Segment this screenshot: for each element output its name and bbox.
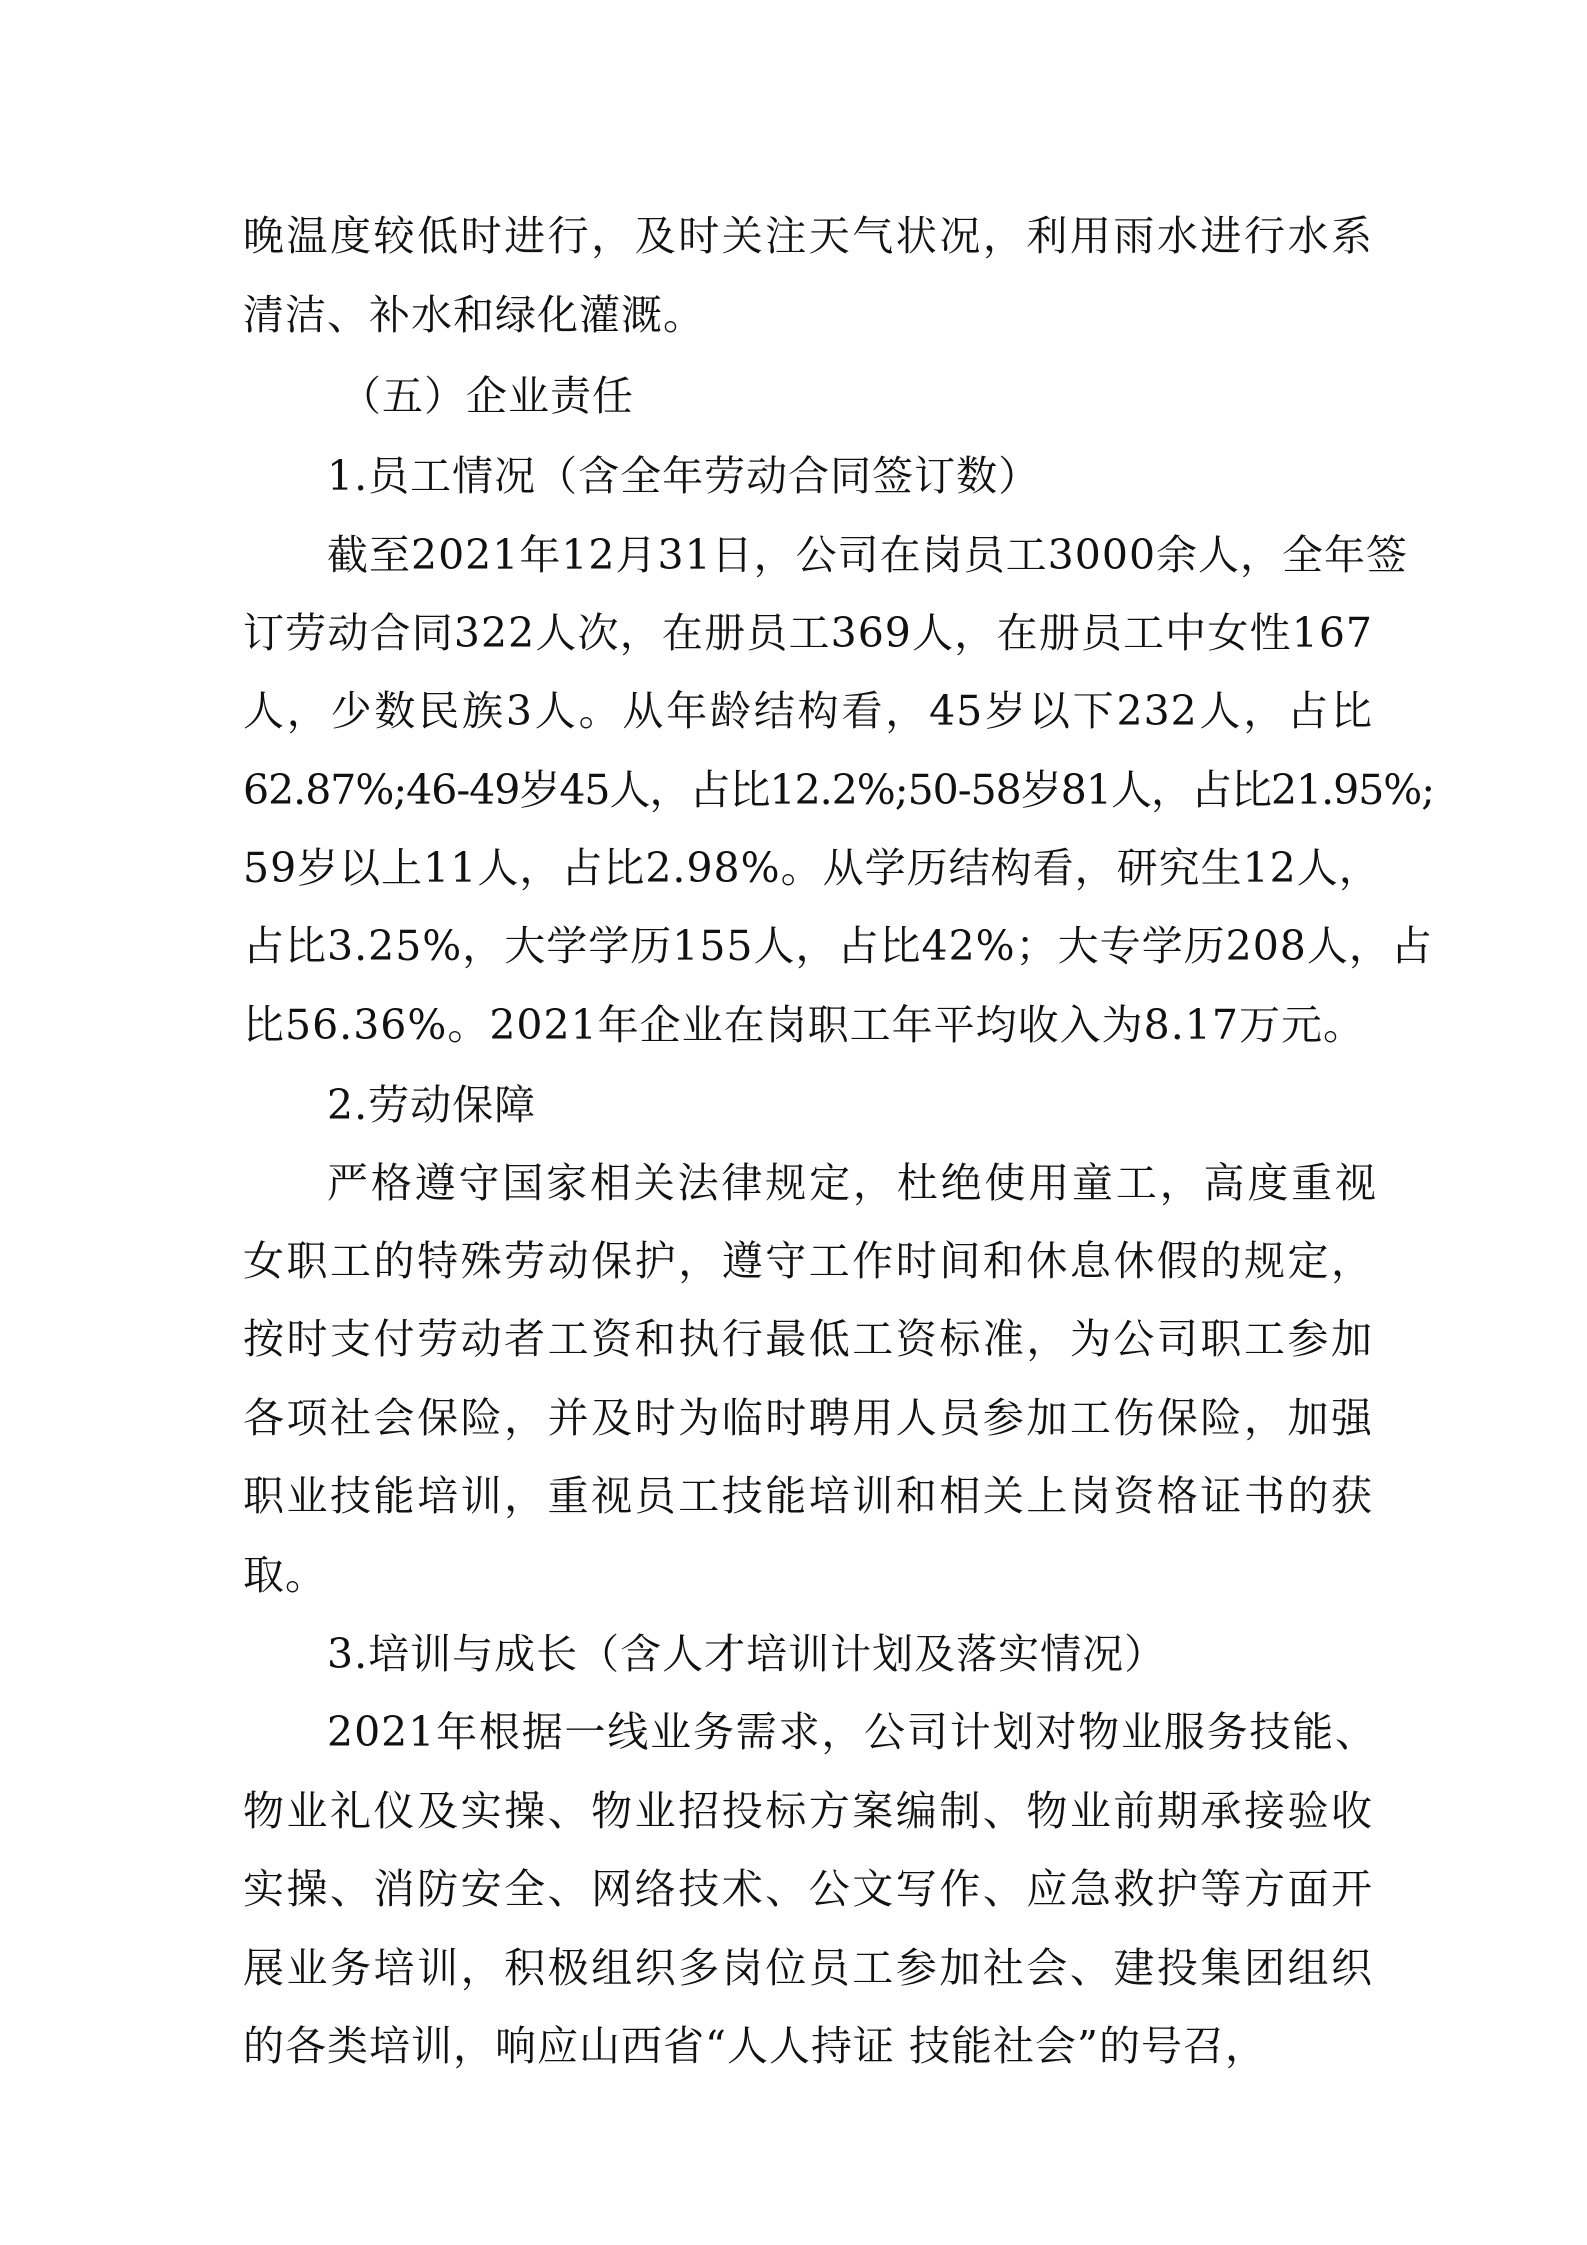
body-line: 59岁以上11人，占比2.98%。从学历结构看，研究生12人， [243, 838, 1373, 898]
body-line: 取。 [243, 1545, 1373, 1605]
body-line: 的各类培训，响应山西省“人人持证 技能社会”的号召， [243, 2016, 1373, 2076]
subheading-training-growth: 3.培训与成长（含人才培训计划及落实情况） [327, 1624, 1377, 1684]
body-line: 实操、消防安全、网络技术、公文写作、应急救护等方面开 [243, 1859, 1373, 1919]
body-line: 按时支付劳动者工资和执行最低工资标准，为公司职工参加 [243, 1309, 1373, 1369]
body-line: 占比3.25%，大学学历155人，占比42%；大专学历208人，占 [243, 916, 1373, 976]
paragraph-start-line: 截至2021年12月31日，公司在岗员工3000余人，全年签 [327, 525, 1377, 585]
body-line: 展业务培训，积极组织多岗位员工参加社会、建投集团组织 [243, 1938, 1373, 1998]
body-line: 订劳动合同322人次，在册员工369人，在册员工中女性167 [243, 603, 1373, 663]
subheading-labor-protection: 2.劳动保障 [327, 1075, 1377, 1135]
paragraph-start-line: 严格遵守国家相关法律规定，杜绝使用童工，高度重视 [327, 1153, 1377, 1213]
document-page: 晚温度较低时进行，及时关注天气状况，利用雨水进行水系 清洁、补水和绿化灌溉。 （… [0, 0, 1587, 2245]
body-line: 物业礼仪及实操、物业招投标方案编制、物业前期承接验收 [243, 1781, 1373, 1841]
body-line: 职业技能培训，重视员工技能培训和相关上岗资格证书的获 [243, 1466, 1373, 1526]
body-line: 晚温度较低时进行，及时关注天气状况，利用雨水进行水系 [243, 206, 1373, 266]
body-line: 比56.36%。2021年企业在岗职工年平均收入为8.17万元。 [243, 995, 1373, 1055]
body-line: 人，少数民族3人。从年龄结构看，45岁以下232人，占比 [243, 681, 1373, 741]
section-heading: （五）企业责任 [340, 366, 1470, 426]
body-line: 清洁、补水和绿化灌溉。 [243, 285, 1373, 345]
body-line: 各项社会保险，并及时为临时聘用人员参加工伤保险，加强 [243, 1388, 1373, 1448]
body-line: 62.87%;46-49岁45人，占比12.2%;50-58岁81人，占比21.… [243, 760, 1373, 820]
subheading-employee-status: 1.员工情况（含全年劳动合同签订数） [327, 446, 1377, 506]
body-line: 女职工的特殊劳动保护，遵守工作时间和休息休假的规定， [243, 1231, 1373, 1291]
paragraph-start-line: 2021年根据一线业务需求，公司计划对物业服务技能、 [327, 1702, 1377, 1762]
